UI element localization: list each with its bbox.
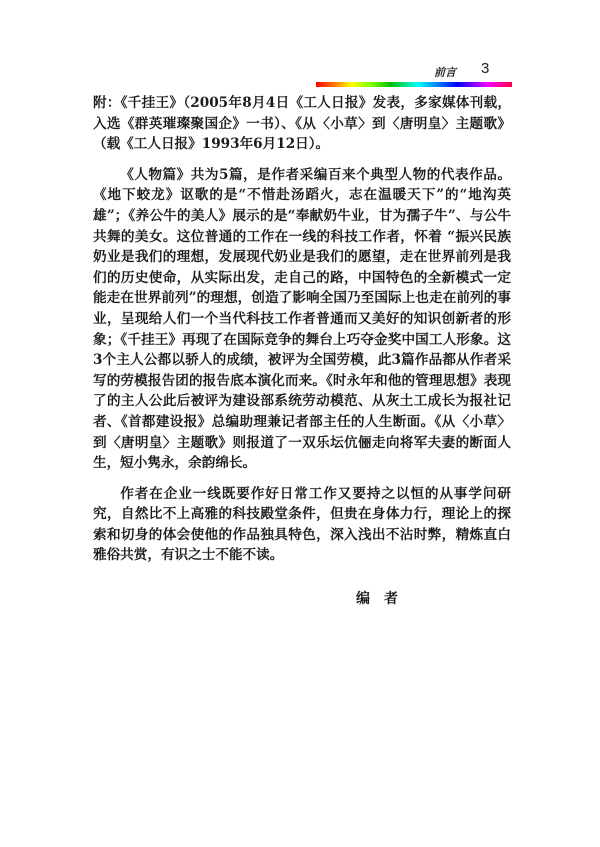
paragraph-author-section: 作者在企业一线既要作好日常工作又要持之以恒的从事学问研究，自然比不上高雅的科技殿… xyxy=(93,484,511,566)
paragraph-people-section: 《人物篇》共为5篇，是作者采编百来个典型人物的代表作品。《地下蛟龙》讴歌的是“不… xyxy=(93,165,511,474)
signature: 编者 xyxy=(356,588,412,608)
document-body: 附：《千挂王》（2005年8月4日《工人日报》发表，多家媒体刊载，入选《群英璀璨… xyxy=(93,93,511,566)
rainbow-divider xyxy=(316,82,512,87)
section-label: 前言 xyxy=(434,64,456,80)
paragraph-appendix: 附：《千挂王》（2005年8月4日《工人日报》发表，多家媒体刊载，入选《群英璀璨… xyxy=(93,93,511,155)
page-number: 3 xyxy=(481,60,489,77)
